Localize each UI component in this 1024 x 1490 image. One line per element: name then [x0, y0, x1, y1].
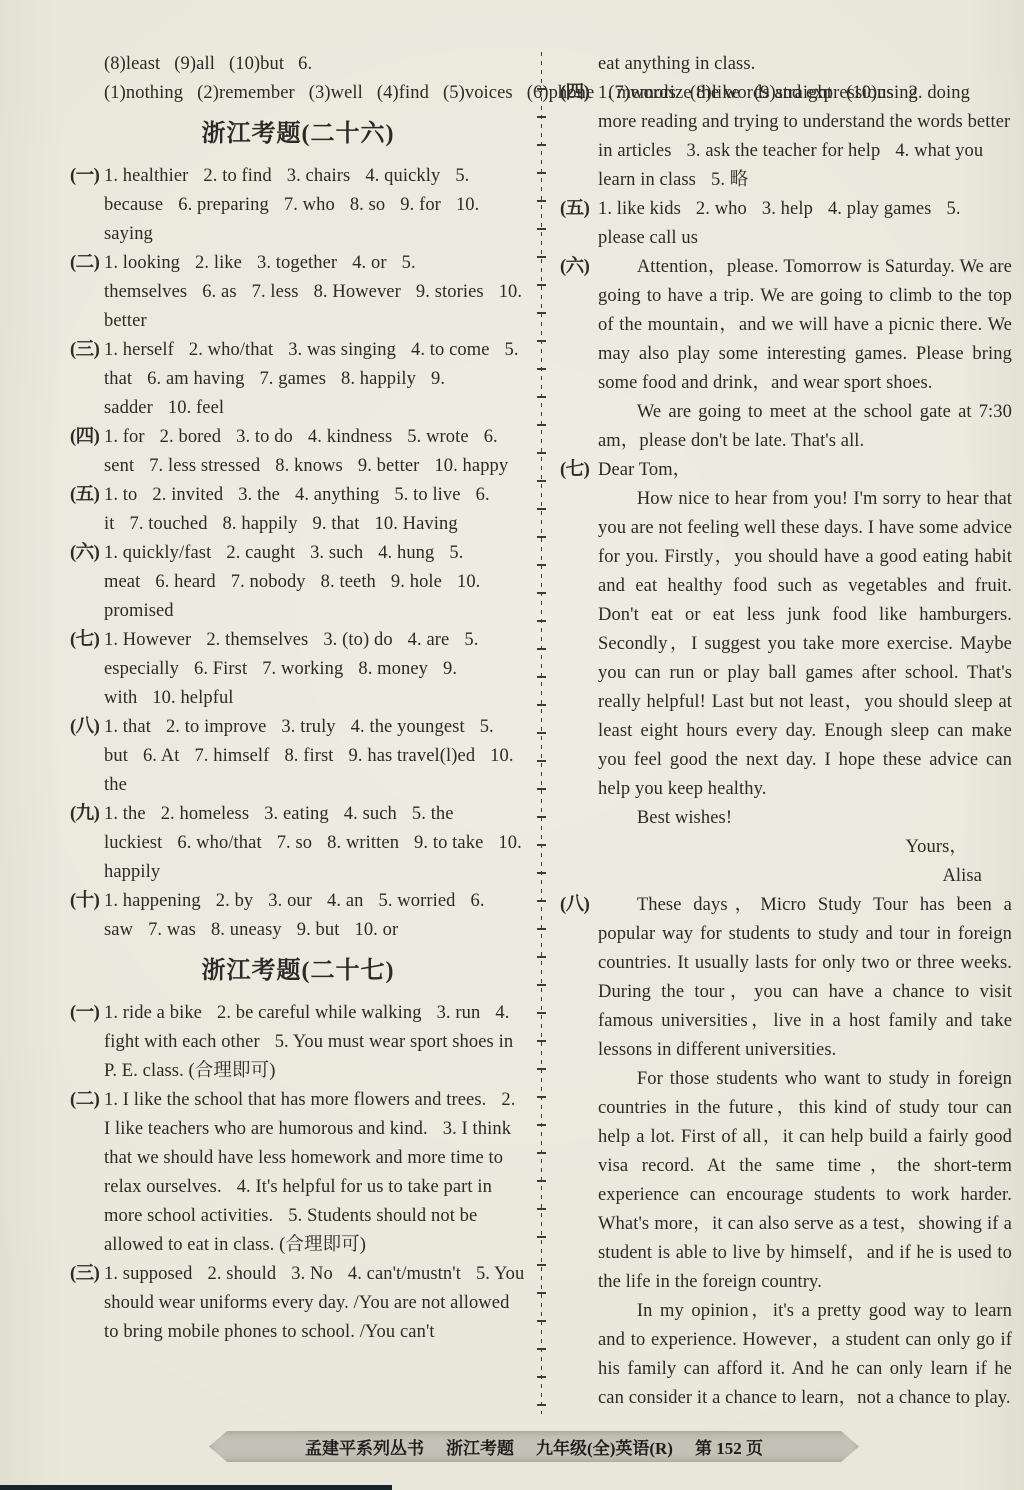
answer-item: 10. helpful: [152, 688, 233, 708]
answer-item: 10. Having: [375, 514, 458, 534]
group-marker: (五): [560, 195, 589, 224]
answer-item: 9. that: [313, 514, 360, 534]
answer-item: 5. 略: [711, 170, 748, 190]
answer-item: 1. I like the school that has more flowe…: [104, 1090, 486, 1110]
answer-item: 2. to find: [203, 166, 271, 186]
group-items: 1. that2. to improve3. truly4. the young…: [104, 717, 514, 795]
answer-item: 7. nobody: [231, 572, 306, 592]
answer-item: 2. be careful while walking: [217, 1003, 422, 1023]
answer-item: 4. hung: [378, 543, 434, 563]
group-marker: (三): [70, 1260, 99, 1289]
answer-item: 8. happily: [341, 369, 416, 389]
answer-item: (3)well: [309, 83, 363, 103]
answer-group: (七) 1. However2. themselves3. (to) do4. …: [70, 626, 526, 713]
essay-paragraph: These days，Micro Study Tour has been a p…: [598, 891, 1012, 1065]
answer-item: 3. ask the teacher for help: [687, 141, 881, 161]
answer-item: 6. At: [143, 746, 179, 766]
essay-group-study-tour: (八) These days，Micro Study Tour has been…: [560, 891, 1012, 1413]
answer-item: 7. less stressed: [149, 456, 260, 476]
essay-paragraph: For those students who want to study in …: [598, 1065, 1012, 1297]
answer-group: (二) 1. I like the school that has more f…: [70, 1086, 526, 1260]
answer-item: 1. the: [104, 804, 146, 824]
answer-item: 2. who/that: [189, 340, 273, 360]
answer-item: 9. better: [358, 456, 420, 476]
answer-item: 2. by: [216, 891, 254, 911]
answer-item: 4. or: [352, 253, 386, 273]
section-title-27: 浙江考题(二十七): [70, 954, 526, 988]
answer-item: 2. who: [696, 199, 747, 219]
group-marker: (四): [70, 423, 99, 452]
answer-item: 7. who: [284, 195, 335, 215]
answer-item: 1. healthier: [104, 166, 188, 186]
answer-group: (一) 1. healthier2. to find3. chairs4. qu…: [70, 162, 526, 249]
answer-item: 1. memorize the words and expressions: [598, 83, 894, 103]
answer-item: 10. happy: [434, 456, 508, 476]
answer-group: (四) 1. memorize the words and expression…: [560, 79, 1012, 195]
letter-closing: Best wishes!: [598, 804, 1012, 833]
answer-item: 1. supposed: [104, 1264, 192, 1284]
answer-item: 6. who/that: [177, 833, 261, 853]
answer-group: (九) 1. the2. homeless3. eating4. such5. …: [70, 800, 526, 887]
answer-item: (8)least: [104, 54, 160, 74]
answer-item: 4. are: [408, 630, 450, 650]
answer-item: (4)find: [377, 83, 429, 103]
answer-group: (五) 1. to2. invited3. the4. anything5. t…: [70, 481, 526, 539]
letter-body: How nice to hear from you! I'm sorry to …: [598, 485, 1012, 804]
answer-item: 7. working: [262, 659, 343, 679]
answer-item: 4. an: [327, 891, 363, 911]
group-marker: (一): [70, 999, 99, 1028]
answer-item: (10)but: [229, 54, 284, 74]
group-marker: (九): [70, 800, 99, 829]
group-items: 1. like kids2. who3. help4. play games5.…: [598, 199, 961, 248]
answer-item: 2. should: [207, 1264, 276, 1284]
answer-item: 1. happening: [104, 891, 201, 911]
answer-item: 8. happily: [223, 514, 298, 534]
group-marker: (二): [70, 249, 99, 278]
group-marker: (二): [70, 1086, 99, 1115]
answer-item: 2. bored: [160, 427, 221, 447]
answer-item: 6. as: [202, 282, 236, 302]
group-marker: (六): [560, 253, 589, 282]
essay-group-announcement: (六) Attention，please. Tomorrow is Saturd…: [560, 253, 1012, 456]
answer-group: (三) 1. herself2. who/that3. was singing4…: [70, 336, 526, 423]
answers-continuation-block: (8)least(9)all(10)but6.(1)nothing(2)reme…: [70, 50, 526, 108]
section-title-26: 浙江考题(二十六): [70, 117, 526, 151]
answer-item: 7. himself: [194, 746, 269, 766]
answer-item: 9. has travel(l)ed: [349, 746, 476, 766]
page-footer-ribbon: 孟建平系列丛书 浙江考题 九年级(全)英语(R) 第 152 页: [209, 1431, 859, 1462]
answer-item: 8. uneasy: [211, 920, 282, 940]
group-marker: (六): [70, 539, 99, 568]
letter-signoff-yours: Yours，: [598, 833, 1012, 862]
group-items: 1. healthier2. to find3. chairs4. quickl…: [104, 166, 479, 244]
answer-item: 4. to come: [411, 340, 490, 360]
group-items: 1. quickly/fast2. caught3. such4. hung5.…: [104, 543, 480, 621]
answer-item: (2)remember: [197, 83, 295, 103]
answer-group: (一) 1. ride a bike2. be careful while wa…: [70, 999, 526, 1086]
group-items: 1. supposed2. should3. No4. can't/mustn'…: [104, 1264, 524, 1342]
answer-item: 1. looking: [104, 253, 180, 273]
answer-item: 7. games: [259, 369, 326, 389]
answer-group: (五) 1. like kids2. who3. help4. play gam…: [560, 195, 1012, 253]
answer-item: 8. knows: [275, 456, 343, 476]
answer-item: 2. invited: [152, 485, 223, 505]
answer-group: (六) 1. quickly/fast2. caught3. such4. hu…: [70, 539, 526, 626]
answer-item: 8. so: [350, 195, 385, 215]
group-items: 1. for2. bored3. to do4. kindness5. wrot…: [104, 427, 523, 476]
answer-item: 3. chairs: [287, 166, 351, 186]
group-items: 1. herself2. who/that3. was singing4. to…: [104, 340, 519, 418]
group-items: 1. I like the school that has more flowe…: [104, 1090, 515, 1255]
answer-item: 8. first: [284, 746, 333, 766]
answer-item: 6. am having: [147, 369, 244, 389]
answer-item: 1. like kids: [598, 199, 681, 219]
answer-item: 4. anything: [295, 485, 379, 505]
group-marker: (一): [70, 162, 99, 191]
answer-item: 6. First: [194, 659, 247, 679]
answer-item: 3. such: [310, 543, 363, 563]
group-marker: (三): [70, 336, 99, 365]
answer-item: 3. the: [238, 485, 280, 505]
answer-item: 10. or: [354, 920, 398, 940]
essay-group-letter: (七) Dear Tom， How nice to hear from you!…: [560, 456, 1012, 891]
answer-item: 1. quickly/fast: [104, 543, 211, 563]
group-marker: (四): [560, 79, 589, 108]
group-items: 1. memorize the words and expressions2. …: [598, 83, 1010, 190]
answer-item: 2. caught: [226, 543, 295, 563]
answer-item: 4. the youngest: [351, 717, 465, 737]
answer-item: 4. kindness: [308, 427, 392, 447]
answer-item: 1. that: [104, 717, 151, 737]
column-divider-perforation: [537, 52, 546, 1414]
answer-item: 4. quickly: [365, 166, 440, 186]
answer-item: 1. for: [104, 427, 145, 447]
answer-item: 5. worried: [379, 891, 456, 911]
letter-signoff-name: Alisa: [598, 862, 1012, 891]
answer-item: 5. wrote: [407, 427, 468, 447]
answer-item: 3. to do: [236, 427, 293, 447]
answer-item: 8. teeth: [321, 572, 376, 592]
answer-item: 6. preparing: [178, 195, 269, 215]
answer-item: 2. to improve: [166, 717, 266, 737]
answer-item: 8. However: [314, 282, 401, 302]
answer-item: 7. touched: [129, 514, 207, 534]
answer-item: 7. was: [148, 920, 196, 940]
answer-group: (四) 1. for2. bored3. to do4. kindness5. …: [70, 423, 526, 481]
group-items: 1. ride a bike2. be careful while walkin…: [104, 1003, 513, 1081]
group-items: 1. to2. invited3. the4. anything5. to li…: [104, 485, 490, 534]
essay-paragraph: In my opinion，it's a pretty good way to …: [598, 1297, 1012, 1413]
group-items: 1. looking2. like3. together4. or5. them…: [104, 253, 522, 331]
scan-edge-strip: [0, 1485, 392, 1490]
answer-item: 9. for: [400, 195, 441, 215]
essay-paragraph: Attention，please. Tomorrow is Saturday. …: [598, 253, 1012, 398]
answer-item: 3. (to) do: [323, 630, 392, 650]
answer-item: 3. our: [268, 891, 312, 911]
answer-item: 3. eating: [264, 804, 329, 824]
answer-group: (二) 1. looking2. like3. together4. or5. …: [70, 249, 526, 336]
answer-group: (八) 1. that2. to improve3. truly4. the y…: [70, 713, 526, 800]
answer-item: 9. but: [297, 920, 340, 940]
answer-item: 3. No: [291, 1264, 333, 1284]
answer-item: 4. such: [344, 804, 397, 824]
left-column: (8)least(9)all(10)but6.(1)nothing(2)reme…: [70, 50, 526, 1347]
answer-item: 2. like: [195, 253, 242, 273]
answer-item: 10. feel: [168, 398, 224, 418]
group-marker: (十): [70, 887, 99, 916]
footer-page-number: 第 152 页: [695, 1434, 763, 1459]
answer-item: 2. homeless: [161, 804, 249, 824]
group-marker: (七): [560, 456, 589, 485]
answer-item: 7. less: [252, 282, 299, 302]
group-items: 1. However2. themselves3. (to) do4. are5…: [104, 630, 478, 708]
group-items: 1. happening2. by3. our4. an5. worried6.…: [104, 891, 485, 940]
answer-item: 3. help: [762, 199, 813, 219]
answer-group: (三) 1. supposed2. should3. No4. can't/mu…: [70, 1260, 526, 1347]
answer-item: 7. so: [277, 833, 312, 853]
answer-item: 4. play games: [828, 199, 932, 219]
continuation-text: eat anything in class.: [598, 54, 755, 74]
answer-item: 9. to take: [414, 833, 483, 853]
answer-item: 9. stories: [416, 282, 484, 302]
answer-item: 3. together: [257, 253, 337, 273]
footer-book-title: 浙江考题: [446, 1434, 514, 1459]
essay-paragraph: We are going to meet at the school gate …: [598, 398, 1012, 456]
footer-edition: 九年级(全)英语(R): [536, 1434, 673, 1459]
answer-item: 1. to: [104, 485, 137, 505]
answer-item: 1. However: [104, 630, 191, 650]
answer-item: 3. truly: [281, 717, 335, 737]
answer-item: 4. can't/mustn't: [348, 1264, 461, 1284]
answer-item: 6. heard: [155, 572, 215, 592]
answer-item: 5. to live: [394, 485, 460, 505]
answer-item: 3. was singing: [288, 340, 396, 360]
answer-item: (5)voices: [443, 83, 513, 103]
answer-item: (9)all: [174, 54, 215, 74]
group-marker: (八): [560, 891, 589, 920]
group-items: 1. the2. homeless3. eating4. such5. the …: [104, 804, 522, 882]
footer-series-name: 孟建平系列丛书: [305, 1434, 424, 1459]
answer-item: 1. herself: [104, 340, 174, 360]
answer-item: 8. written: [327, 833, 399, 853]
answer-item: 9. hole: [391, 572, 442, 592]
group-marker: (八): [70, 713, 99, 742]
answer-item: 1. ride a bike: [104, 1003, 202, 1023]
group-marker: (七): [70, 626, 99, 655]
answer-group: (十) 1. happening2. by3. our4. an5. worri…: [70, 887, 526, 945]
answer-continuation-line: eat anything in class.: [560, 50, 1012, 79]
answer-item: 8. money: [358, 659, 428, 679]
letter-salutation: Dear Tom，: [598, 456, 1012, 485]
group-marker: (五): [70, 481, 99, 510]
right-column: eat anything in class. (四) 1. memorize t…: [560, 50, 1012, 1413]
answer-item: 3. run: [437, 1003, 481, 1023]
answer-item: 2. themselves: [206, 630, 308, 650]
